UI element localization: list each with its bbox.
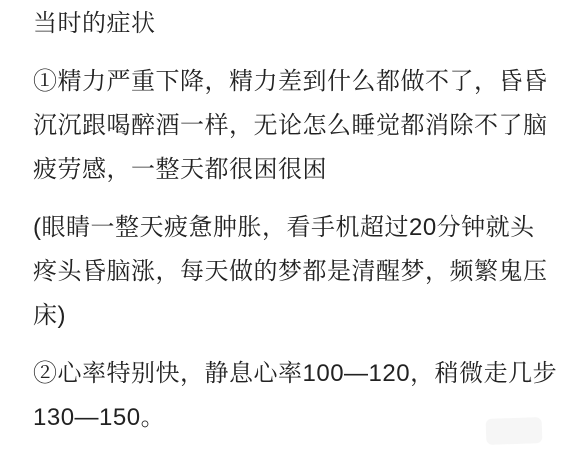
text-line: ②心率特别快，静息心率100—120，稍微走几步 <box>33 352 554 396</box>
text-line: 130—150。 <box>33 396 554 440</box>
text-line: 疲劳感，一整天都很困很困 <box>33 148 554 192</box>
watermark-remnant <box>486 417 543 445</box>
text-line: 沉沉跟喝醉酒一样，无论怎么睡觉都消除不了脑 <box>33 104 554 148</box>
paragraph-symptom-1: ①精力严重下降，精力差到什么都做不了，昏昏 沉沉跟喝醉酒一样，无论怎么睡觉都消除… <box>33 60 554 192</box>
page-title: 当时的症状 <box>33 2 554 46</box>
article-body: 当时的症状 ①精力严重下降，精力差到什么都做不了，昏昏 沉沉跟喝醉酒一样，无论怎… <box>0 0 580 454</box>
text-line: ①精力严重下降，精力差到什么都做不了，昏昏 <box>33 60 554 104</box>
text-line: (眼睛一整天疲惫肿胀，看手机超过20分钟就头 <box>33 206 554 250</box>
paragraph-symptom-2: ②心率特别快，静息心率100—120，稍微走几步 130—150。 <box>33 352 554 440</box>
text-line: 床) <box>33 294 554 338</box>
text-line: 疼头昏脑涨，每天做的梦都是清醒梦，频繁鬼压 <box>33 250 554 294</box>
paragraph-symptom-1-note: (眼睛一整天疲惫肿胀，看手机超过20分钟就头 疼头昏脑涨，每天做的梦都是清醒梦，… <box>33 206 554 338</box>
